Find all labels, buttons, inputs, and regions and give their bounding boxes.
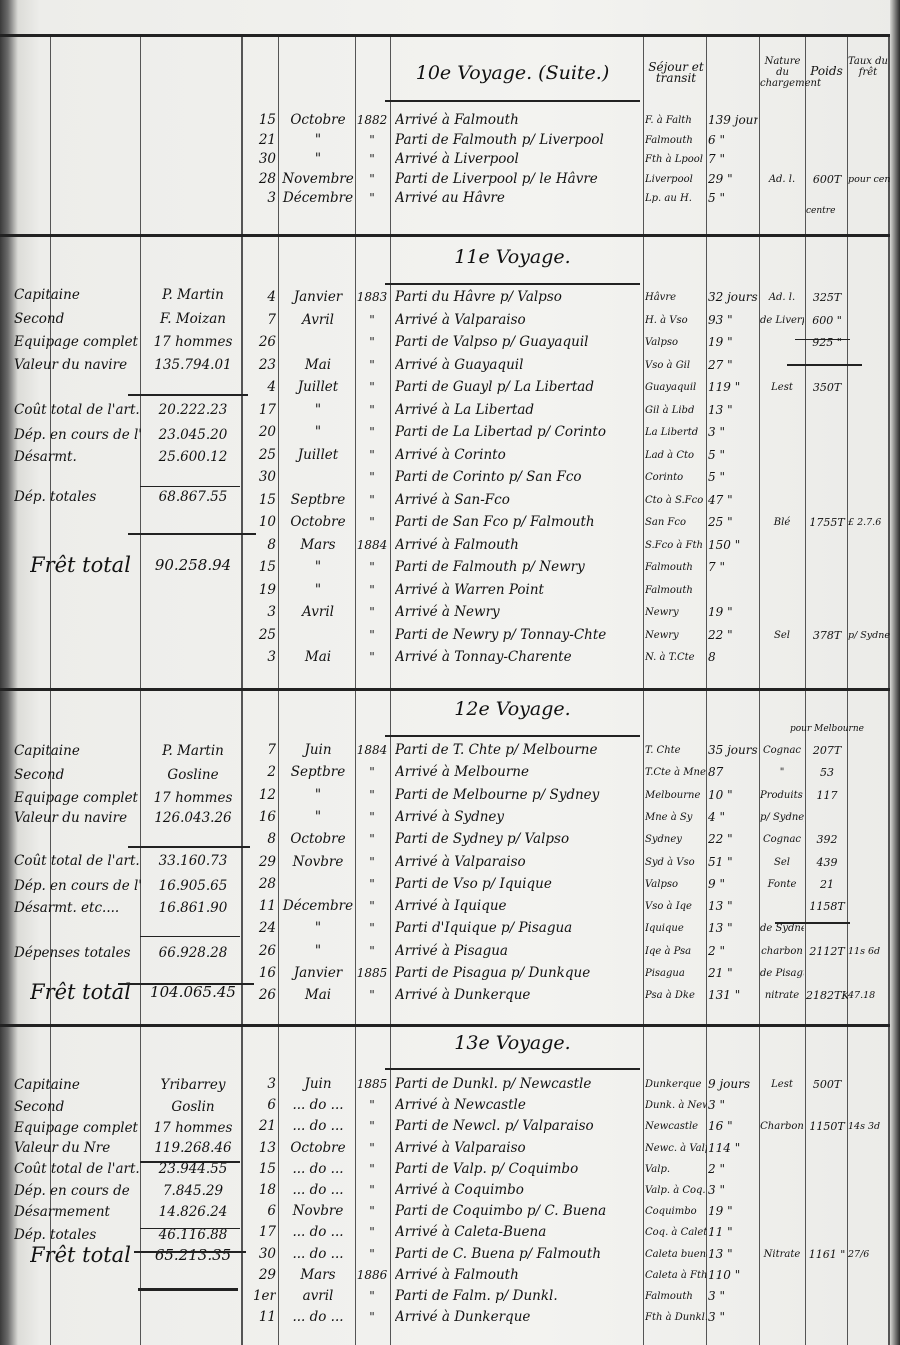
- entry-days: 13 ": [708, 400, 758, 421]
- entry-event: Parti de Valpso p/ Guayaquil: [395, 332, 645, 353]
- entry-month: Janvier: [282, 963, 354, 984]
- entry-year: ": [356, 647, 388, 668]
- entry-cargo: p/ Sydney: [760, 807, 804, 828]
- entry-place: Lp. au H.: [645, 188, 707, 209]
- entry-place: Falmouth: [645, 130, 707, 151]
- entry-year: ": [356, 625, 388, 646]
- entry-place: H. à Vso: [645, 310, 707, 331]
- entry-days: 6 ": [708, 130, 758, 151]
- entry-year: ": [356, 918, 388, 939]
- entry-days: 3 ": [708, 1307, 758, 1328]
- entry-day: 15: [244, 557, 276, 578]
- entry-event: Arrivé à Falmouth: [395, 110, 645, 131]
- ledger-page: Séjour et transit Nature du chargement P…: [0, 0, 900, 1345]
- entry-place: Valpso: [645, 332, 707, 353]
- sum-rule: [138, 1288, 238, 1291]
- entry-place: Pisagua: [645, 963, 707, 984]
- entry-year: 1882: [356, 110, 388, 131]
- entry-year: ": [356, 580, 388, 601]
- entry-day: 30: [244, 1244, 276, 1265]
- entry-year: ": [356, 874, 388, 895]
- entry-place: F. à Falth: [645, 110, 707, 131]
- ledger-entry-row: 25"Parti de Newry p/ Tonnay-ChteNewry22 …: [0, 625, 890, 646]
- entry-place: Valp. à Coq.: [645, 1180, 707, 1201]
- entry-days: 139 jours: [708, 110, 758, 131]
- entry-place: Liverpool: [645, 169, 707, 190]
- entry-cargo: Ad. l.: [760, 169, 804, 190]
- entry-day: 29: [244, 1265, 276, 1286]
- entry-year: 1885: [356, 963, 388, 984]
- entry-days: 13 ": [708, 1244, 758, 1265]
- entry-month: Avril: [282, 602, 354, 623]
- entry-year: ": [356, 557, 388, 578]
- entry-days: 10 ": [708, 785, 758, 806]
- entry-place: Newc. à Valp.: [645, 1138, 707, 1159]
- ledger-entry-row: 15Octobre1882Arrivé à FalmouthF. à Falth…: [0, 110, 890, 131]
- entry-month: Mars: [282, 535, 354, 556]
- ledger-entry-row: 2Septbre"Arrivé à MelbourneT.Cte à Mne87…: [0, 762, 890, 783]
- ledger-entry-row: 15""Parti de Falmouth p/ NewryFalmouth7 …: [0, 557, 890, 578]
- entry-event: Parti de Coquimbo p/ C. Buena: [395, 1201, 645, 1222]
- entry-day: 17: [244, 400, 276, 421]
- entry-event: Parti de Liverpool p/ le Hâvre: [395, 169, 645, 190]
- entry-days: 35 jours: [708, 740, 758, 761]
- entry-day: 17: [244, 1222, 276, 1243]
- entry-days: 19 ": [708, 332, 758, 353]
- entry-days: 19 ": [708, 1201, 758, 1222]
- entry-rate: £ 2.7.6: [848, 512, 890, 533]
- entry-event: Parti de Guayl p/ La Libertad: [395, 377, 645, 398]
- entry-day: 1er: [244, 1286, 276, 1307]
- page-binding-edge: [890, 0, 900, 1345]
- entry-weight: 2182TK: [806, 985, 848, 1006]
- entry-cargo: de Liverpool: [760, 310, 804, 331]
- entry-month: ": [282, 918, 354, 939]
- entry-days: 3 ": [708, 1286, 758, 1307]
- entry-day: 3: [244, 1074, 276, 1095]
- entry-day: 28: [244, 169, 276, 190]
- ledger-entry-row: 28"Parti de Vso p/ IquiqueValpso9 "Fonte…: [0, 874, 890, 895]
- entry-event: Parti de Valp. p/ Coquimbo: [395, 1159, 645, 1180]
- entry-days: 13 ": [708, 896, 758, 917]
- entry-day: 3: [244, 647, 276, 668]
- entry-year: 1883: [356, 287, 388, 308]
- entry-days: 3 ": [708, 1180, 758, 1201]
- entry-year: ": [356, 310, 388, 331]
- entry-days: 19 ": [708, 602, 758, 623]
- entry-month: avril: [282, 1286, 354, 1307]
- entry-month: ... do ...: [282, 1307, 354, 1328]
- entry-cargo: Produits divers: [760, 785, 804, 806]
- entry-year: ": [356, 149, 388, 170]
- entry-event: Arrivé à Guayaquil: [395, 355, 645, 376]
- entry-days: 47 ": [708, 490, 758, 511]
- ledger-entry-row: 16""Arrivé à SydneyMne à Sy4 "p/ Sydney: [0, 807, 890, 828]
- sum-rule: [134, 1251, 246, 1253]
- entry-month: Mai: [282, 647, 354, 668]
- entry-month: ": [282, 557, 354, 578]
- entry-day: 2: [244, 762, 276, 783]
- sum-rule: [118, 983, 254, 985]
- entry-day: 25: [244, 625, 276, 646]
- entry-rate: 14s 3d: [848, 1116, 890, 1137]
- entry-days: 87: [708, 762, 758, 783]
- entry-cargo: Sel: [760, 852, 804, 873]
- entry-event: Arrivé à Falmouth: [395, 535, 645, 556]
- entry-event: Arrivé à Valparaiso: [395, 1138, 645, 1159]
- entry-cargo: Lest: [760, 1074, 804, 1095]
- ledger-entry-row: 6... do ..."Arrivé à NewcastleDunk. à Ne…: [0, 1095, 890, 1116]
- ledger-entry-row: 21""Parti de Falmouth p/ LiverpoolFalmou…: [0, 130, 890, 151]
- ledger-entry-row: 3Mai"Arrivé à Tonnay-CharenteN. à T.Cte8: [0, 647, 890, 668]
- entry-event: Arrivé à Melbourne: [395, 762, 645, 783]
- entry-weight: 925 ": [806, 332, 848, 353]
- entry-month: ... do ...: [282, 1222, 354, 1243]
- entry-place: Valpso: [645, 874, 707, 895]
- entry-event: Arrivé à Valparaiso: [395, 310, 645, 331]
- entry-year: ": [356, 985, 388, 1006]
- entry-days: 22 ": [708, 829, 758, 850]
- entry-place: Corinto: [645, 467, 707, 488]
- entry-event: Parti de Falm. p/ Dunkl.: [395, 1286, 645, 1307]
- entry-month: ": [282, 785, 354, 806]
- entry-weight: 1161 ": [806, 1244, 848, 1265]
- entry-event: Parti de C. Buena p/ Falmouth: [395, 1244, 645, 1265]
- entry-event: Arrivé à Dunkerque: [395, 985, 645, 1006]
- entry-rate: pour cent: [848, 169, 890, 190]
- entry-place: T. Chte: [645, 740, 707, 761]
- entry-month: Décembre: [282, 896, 354, 917]
- entry-event: Arrivé à Tonnay-Charente: [395, 647, 645, 668]
- entry-place: Guayaquil: [645, 377, 707, 398]
- entry-day: 24: [244, 918, 276, 939]
- entry-cargo: nitrate: [760, 985, 804, 1006]
- voyage-title-rule: [385, 1068, 640, 1070]
- entry-place: Cto à S.Fco: [645, 490, 707, 511]
- entry-year: ": [356, 785, 388, 806]
- entry-day: 12: [244, 785, 276, 806]
- entry-days: 29 ": [708, 169, 758, 190]
- voyage-title: 11e Voyage.: [385, 246, 640, 268]
- ledger-entry-row: 13Octobre"Arrivé à ValparaisoNewc. à Val…: [0, 1138, 890, 1159]
- entry-year: ": [356, 1201, 388, 1222]
- ledger-entry-row: 8Mars1884Arrivé à FalmouthS.Fco à Fth150…: [0, 535, 890, 556]
- entry-month: ": [282, 807, 354, 828]
- entry-day: 3: [244, 188, 276, 209]
- entry-year: 1886: [356, 1265, 388, 1286]
- entry-day: 30: [244, 149, 276, 170]
- entry-weight: 21: [806, 874, 848, 895]
- entry-month: Novbre: [282, 1201, 354, 1222]
- entry-day: 3: [244, 602, 276, 623]
- entry-month: Mai: [282, 985, 354, 1006]
- sum-rule: [128, 394, 248, 396]
- entry-cargo: Blé: [760, 512, 804, 533]
- entry-days: 32 jours: [708, 287, 758, 308]
- ledger-entry-row: 21... do ..."Parti de Newcl. p/ Valparai…: [0, 1116, 890, 1137]
- entry-event: Arrivé à Iquique: [395, 896, 645, 917]
- entry-cargo: charbon: [760, 941, 804, 962]
- entry-place: Fth à Lpool: [645, 149, 707, 170]
- entry-year: ": [356, 1222, 388, 1243]
- entry-year: ": [356, 130, 388, 151]
- entry-days: 3 ": [708, 422, 758, 443]
- entry-place: Hâvre: [645, 287, 707, 308]
- entry-year: 1884: [356, 740, 388, 761]
- ledger-entry-row: 25Juillet"Arrivé à CorintoLad à Cto5 ": [0, 445, 890, 466]
- entry-rate: 47.18: [848, 985, 890, 1006]
- entry-days: 51 ": [708, 852, 758, 873]
- entry-rate: p/ Sydney: [848, 625, 890, 646]
- entry-day: 26: [244, 941, 276, 962]
- entry-place: Syd à Vso: [645, 852, 707, 873]
- entry-place: S.Fco à Fth: [645, 535, 707, 556]
- voyage-title: 13e Voyage.: [385, 1032, 640, 1054]
- sum-rule: [140, 1228, 240, 1229]
- entry-place: Lad à Cto: [645, 445, 707, 466]
- entry-weight: 1150T: [806, 1116, 848, 1137]
- entry-day: 15: [244, 1159, 276, 1180]
- entry-day: 16: [244, 807, 276, 828]
- ledger-entry-row: 19""Arrivé à Warren PointFalmouth: [0, 580, 890, 601]
- ledger-entry-row: 15... do ..."Parti de Valp. p/ CoquimboV…: [0, 1159, 890, 1180]
- cargo-destination-note: pour Melbourne: [790, 724, 864, 734]
- entry-month: Octobre: [282, 829, 354, 850]
- voyage-title-rule: [385, 283, 640, 285]
- entry-month: Septbre: [282, 762, 354, 783]
- entry-days: 4 ": [708, 807, 758, 828]
- entry-day: 6: [244, 1095, 276, 1116]
- entry-days: 114 ": [708, 1138, 758, 1159]
- entry-place: Coquimbo: [645, 1201, 707, 1222]
- sum-rule: [128, 846, 250, 848]
- entry-place: Iqe à Psa: [645, 941, 707, 962]
- header-cargo-nature: Nature du chargement: [760, 56, 805, 89]
- entry-year: ": [356, 445, 388, 466]
- sum-rule: [140, 486, 240, 487]
- entry-days: 93 ": [708, 310, 758, 331]
- entry-place: Vso à Iqe: [645, 896, 707, 917]
- ledger-entry-row: 10Octobre"Parti de San Fco p/ FalmouthSa…: [0, 512, 890, 533]
- weight-sub-note: centre: [806, 206, 835, 216]
- entry-day: 26: [244, 332, 276, 353]
- ledger-entry-row: 3Juin1885Parti de Dunkl. p/ NewcastleDun…: [0, 1074, 890, 1095]
- entry-month: ... do ...: [282, 1116, 354, 1137]
- entry-year: ": [356, 377, 388, 398]
- entry-place: Falmouth: [645, 580, 707, 601]
- entry-day: 23: [244, 355, 276, 376]
- entry-days: 13 ": [708, 918, 758, 939]
- entry-cargo: Nitrate: [760, 1244, 804, 1265]
- entry-event: Arrivé à Caleta-Buena: [395, 1222, 645, 1243]
- entry-days: 9 ": [708, 874, 758, 895]
- entry-place: N. à T.Cte: [645, 647, 707, 668]
- entry-year: 1885: [356, 1074, 388, 1095]
- entry-month: ... do ...: [282, 1180, 354, 1201]
- entry-days: 25 ": [708, 512, 758, 533]
- entry-event: Arrivé à Valparaiso: [395, 852, 645, 873]
- entry-month: Septbre: [282, 490, 354, 511]
- ledger-entry-row: 17... do ..."Arrivé à Caleta-BuenaCoq. à…: [0, 1222, 890, 1243]
- voyage-title: 10e Voyage. (Suite.): [385, 62, 640, 84]
- entry-year: ": [356, 829, 388, 850]
- entry-weight: 500T: [806, 1074, 848, 1095]
- entry-days: 22 ": [708, 625, 758, 646]
- entry-weight: 53: [806, 762, 848, 783]
- entry-year: ": [356, 400, 388, 421]
- entry-year: ": [356, 512, 388, 533]
- entry-weight: 207T: [806, 740, 848, 761]
- ledger-entry-row: 26Mai"Arrivé à DunkerquePsa à Dke131 "ni…: [0, 985, 890, 1006]
- entry-cargo: Cognac: [760, 740, 804, 761]
- sum-rule: [140, 1161, 240, 1163]
- ledger-entry-row: 11... do ..."Arrivé à DunkerqueFth à Dun…: [0, 1307, 890, 1328]
- entry-year: ": [356, 602, 388, 623]
- entry-month: Juillet: [282, 445, 354, 466]
- entry-place: Vso à Gil: [645, 355, 707, 376]
- header-stay-transit: Séjour et transit: [646, 62, 706, 84]
- entry-place: San Fco: [645, 512, 707, 533]
- entry-place: Newry: [645, 625, 707, 646]
- section-rule: [0, 688, 890, 691]
- entry-day: 6: [244, 1201, 276, 1222]
- entry-month: Juillet: [282, 377, 354, 398]
- entry-event: Parti de Pisagua p/ Dunkque: [395, 963, 645, 984]
- entry-days: 7 ": [708, 149, 758, 170]
- entry-place: Caleta buena: [645, 1244, 707, 1265]
- entry-weight: 392: [806, 829, 848, 850]
- entry-cargo: Cognac: [760, 829, 804, 850]
- entry-day: 21: [244, 130, 276, 151]
- entry-days: 110 ": [708, 1265, 758, 1286]
- entry-event: Parti de Vso p/ Iquique: [395, 874, 645, 895]
- entry-cargo: Ad. l.: [760, 287, 804, 308]
- entry-month: ": [282, 130, 354, 151]
- entry-place: Coq. à Caleta: [645, 1222, 707, 1243]
- entry-day: 28: [244, 874, 276, 895]
- ledger-entry-row: 1eravril"Parti de Falm. p/ Dunkl.Falmout…: [0, 1286, 890, 1307]
- entry-event: Arrivé au Hâvre: [395, 188, 645, 209]
- header-freight-rate: Taux du frêt: [848, 56, 888, 78]
- entry-month: Octobre: [282, 512, 354, 533]
- ledger-entry-row: 18... do ..."Arrivé à CoquimboValp. à Co…: [0, 1180, 890, 1201]
- section-rule: [0, 1024, 890, 1027]
- ledger-entry-row: 29Novbre"Arrivé à ValparaisoSyd à Vso51 …: [0, 852, 890, 873]
- ledger-entry-row: 29Mars1886Arrivé à FalmouthCaleta à Fth1…: [0, 1265, 890, 1286]
- ledger-entry-row: 16Janvier1885Parti de Pisagua p/ Dunkque…: [0, 963, 890, 984]
- entry-place: Melbourne: [645, 785, 707, 806]
- entry-place: Dunk. à Newl.: [645, 1095, 707, 1116]
- entry-day: 11: [244, 1307, 276, 1328]
- entry-day: 7: [244, 310, 276, 331]
- entry-weight: 439: [806, 852, 848, 873]
- entry-place: Dunkerque: [645, 1074, 707, 1095]
- entry-days: 7 ": [708, 557, 758, 578]
- ledger-entry-row: 26"Parti de Valpso p/ GuayaquilValpso19 …: [0, 332, 890, 353]
- entry-days: 21 ": [708, 963, 758, 984]
- entry-month: Mars: [282, 1265, 354, 1286]
- entry-month: Décembre: [282, 188, 354, 209]
- entry-month: Novembre: [282, 169, 354, 190]
- ledger-entry-row: 28Novembre"Parti de Liverpool p/ le Hâvr…: [0, 169, 890, 190]
- ledger-entry-row: 30""Arrivé à LiverpoolFth à Lpool7 ": [0, 149, 890, 170]
- entry-event: Parti d'Iquique p/ Pisagua: [395, 918, 645, 939]
- entry-days: 2 ": [708, 941, 758, 962]
- entry-rate: 27/6: [848, 1244, 890, 1265]
- entry-month: Juin: [282, 740, 354, 761]
- entry-year: ": [356, 896, 388, 917]
- ledger-entry-row: 30"Parti de Corinto p/ San FcoCorinto5 ": [0, 467, 890, 488]
- entry-day: 21: [244, 1116, 276, 1137]
- entry-day: 15: [244, 490, 276, 511]
- entry-days: 8: [708, 647, 758, 668]
- entry-month: ... do ...: [282, 1244, 354, 1265]
- ledger-entry-row: 24""Parti d'Iquique p/ PisaguaIquique13 …: [0, 918, 890, 939]
- entry-days: 5 ": [708, 467, 758, 488]
- ledger-entry-row: 17""Arrivé à La LibertadGil à Libd13 ": [0, 400, 890, 421]
- entry-days: 150 ": [708, 535, 758, 556]
- entry-event: Parti de Newcl. p/ Valparaiso: [395, 1116, 645, 1137]
- entry-month: ... do ...: [282, 1159, 354, 1180]
- entry-year: ": [356, 332, 388, 353]
- entry-day: 15: [244, 110, 276, 131]
- voyage-title-rule: [385, 735, 640, 737]
- entry-day: 29: [244, 852, 276, 873]
- ledger-entry-row: 4Janvier1883Parti du Hâvre p/ ValpsoHâvr…: [0, 287, 890, 308]
- entry-day: 30: [244, 467, 276, 488]
- entry-day: 20: [244, 422, 276, 443]
- entry-place: Valp.: [645, 1159, 707, 1180]
- entry-day: 8: [244, 535, 276, 556]
- ledger-entry-row: 11Décembre"Arrivé à IquiqueVso à Iqe13 "…: [0, 896, 890, 917]
- entry-year: ": [356, 169, 388, 190]
- entry-weight: 1158T: [806, 896, 848, 917]
- entry-event: Arrivé à Newry: [395, 602, 645, 623]
- entry-weight: 325T: [806, 287, 848, 308]
- entry-place: Psa à Dke: [645, 985, 707, 1006]
- entry-place: Sydney: [645, 829, 707, 850]
- entry-month: Octobre: [282, 1138, 354, 1159]
- entry-day: 4: [244, 377, 276, 398]
- entry-event: Arrivé à Sydney: [395, 807, 645, 828]
- entry-event: Arrivé à Coquimbo: [395, 1180, 645, 1201]
- entry-month: Janvier: [282, 287, 354, 308]
- entry-cargo: ": [760, 762, 804, 783]
- entry-event: Parti de Corinto p/ San Fco: [395, 467, 645, 488]
- entry-weight: 350T: [806, 377, 848, 398]
- entry-month: Mai: [282, 355, 354, 376]
- entry-month: ": [282, 941, 354, 962]
- entry-cargo: Charbon: [760, 1116, 804, 1137]
- entry-year: ": [356, 1180, 388, 1201]
- entry-year: ": [356, 467, 388, 488]
- entry-year: ": [356, 941, 388, 962]
- entry-year: ": [356, 1159, 388, 1180]
- entry-event: Arrivé à San-Fco: [395, 490, 645, 511]
- entry-place: Falmouth: [645, 1286, 707, 1307]
- ledger-entry-row: 7Avril"Arrivé à ValparaisoH. à Vso93 "de…: [0, 310, 890, 331]
- entry-event: Parti de T. Chte p/ Melbourne: [395, 740, 645, 761]
- sum-rule: [775, 922, 850, 924]
- entry-days: 16 ": [708, 1116, 758, 1137]
- entry-place: La Libertd: [645, 422, 707, 443]
- section-rule: [0, 34, 890, 37]
- entry-place: Caleta à Fth: [645, 1265, 707, 1286]
- ledger-entry-row: 26""Arrivé à PisaguaIqe à Psa2 "charbon2…: [0, 941, 890, 962]
- entry-day: 19: [244, 580, 276, 601]
- entry-weight: 378T: [806, 625, 848, 646]
- entry-place: Fth à Dunkl.: [645, 1307, 707, 1328]
